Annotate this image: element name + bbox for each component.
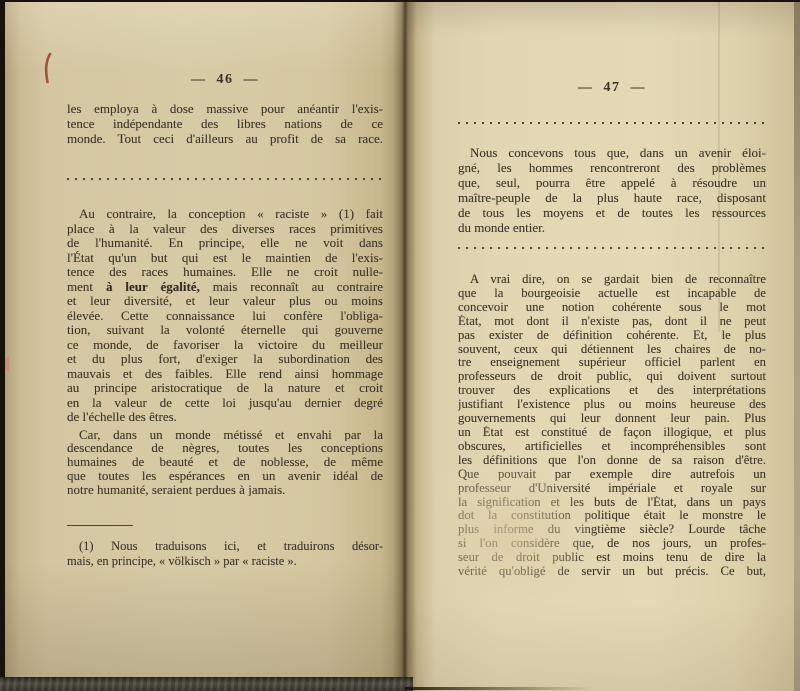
- footnote-rule: [67, 525, 133, 526]
- paragraph: Au contraire, la conception « raciste » …: [67, 207, 383, 425]
- paragraph: Car, dans un monde métissé et envahi par…: [67, 428, 383, 497]
- fore-edge: [794, 2, 800, 691]
- dotted-separator: [458, 246, 766, 249]
- book-bottom-edge: [0, 677, 413, 691]
- paragraph: les employa à dose massive pour anéantir…: [67, 101, 383, 146]
- page-number-left: — 46 —: [67, 72, 383, 88]
- book-bottom-line: [405, 687, 595, 690]
- dotted-separator: [458, 121, 766, 124]
- book-gutter: [393, 0, 417, 691]
- paragraph: Nous concevons tous que, dans un avenir …: [458, 145, 766, 235]
- dotted-separator: [67, 177, 383, 180]
- footnote: (1) Nous traduisons ici, et traduirons d…: [67, 539, 383, 569]
- pen-mark: [41, 52, 55, 84]
- page-left: — 46 — les employa à dose massive pour a…: [5, 2, 405, 678]
- book-scan: — 46 — les employa à dose massive pour a…: [0, 0, 800, 691]
- page-number-right: — 47 —: [458, 80, 766, 96]
- edge-mark: [5, 357, 9, 371]
- paragraph: A vrai dire, on se gardait bien de recon…: [458, 273, 766, 579]
- page-right: — 47 — Nous concevons tous que, dans un …: [405, 2, 794, 691]
